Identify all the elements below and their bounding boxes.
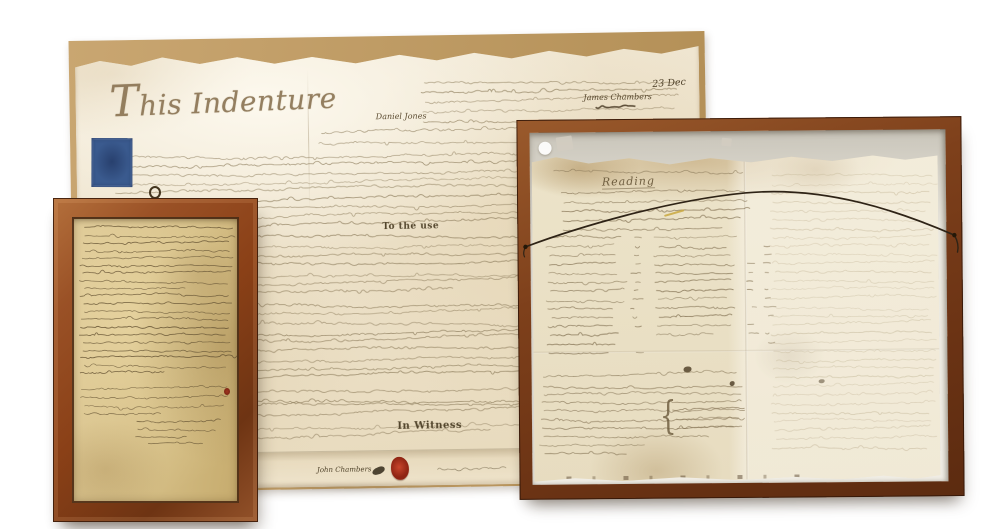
- testimonium-clause: In Witness: [397, 420, 462, 432]
- spacer-disc: [539, 142, 552, 155]
- wax-remnant-dot: [224, 388, 230, 395]
- date-annotation: 23 Dec: [652, 77, 686, 90]
- blue-revenue-stamp: [91, 138, 132, 187]
- fold-crease-horizontal: [533, 348, 939, 354]
- fold-crease-vertical: [744, 154, 749, 480]
- habendum-clause: To the use: [382, 221, 439, 232]
- ink-stain: [730, 381, 735, 386]
- subheading-reading: Reading: [602, 174, 655, 189]
- party-name-grantee: James Chambers: [583, 92, 651, 102]
- tape-fragment: [721, 138, 732, 147]
- photo-scene: This Indenture 23 Dec Daniel Jones James…: [0, 0, 1000, 529]
- signature-brace: {: [660, 394, 677, 439]
- ink-stain: [684, 366, 692, 372]
- tape-fragment: [556, 135, 574, 151]
- signature: John Chambers: [317, 465, 372, 474]
- ink-stain: [819, 379, 825, 383]
- left-framed-document: [53, 198, 258, 522]
- indenture-heading: This Indenture: [109, 67, 391, 128]
- party-name-grantor: Daniel Jones: [376, 111, 427, 121]
- red-wax-seal: [391, 457, 410, 481]
- right-framed-document: Reading {: [516, 116, 964, 500]
- right-document-page: [532, 152, 941, 482]
- left-document-page: [72, 217, 239, 503]
